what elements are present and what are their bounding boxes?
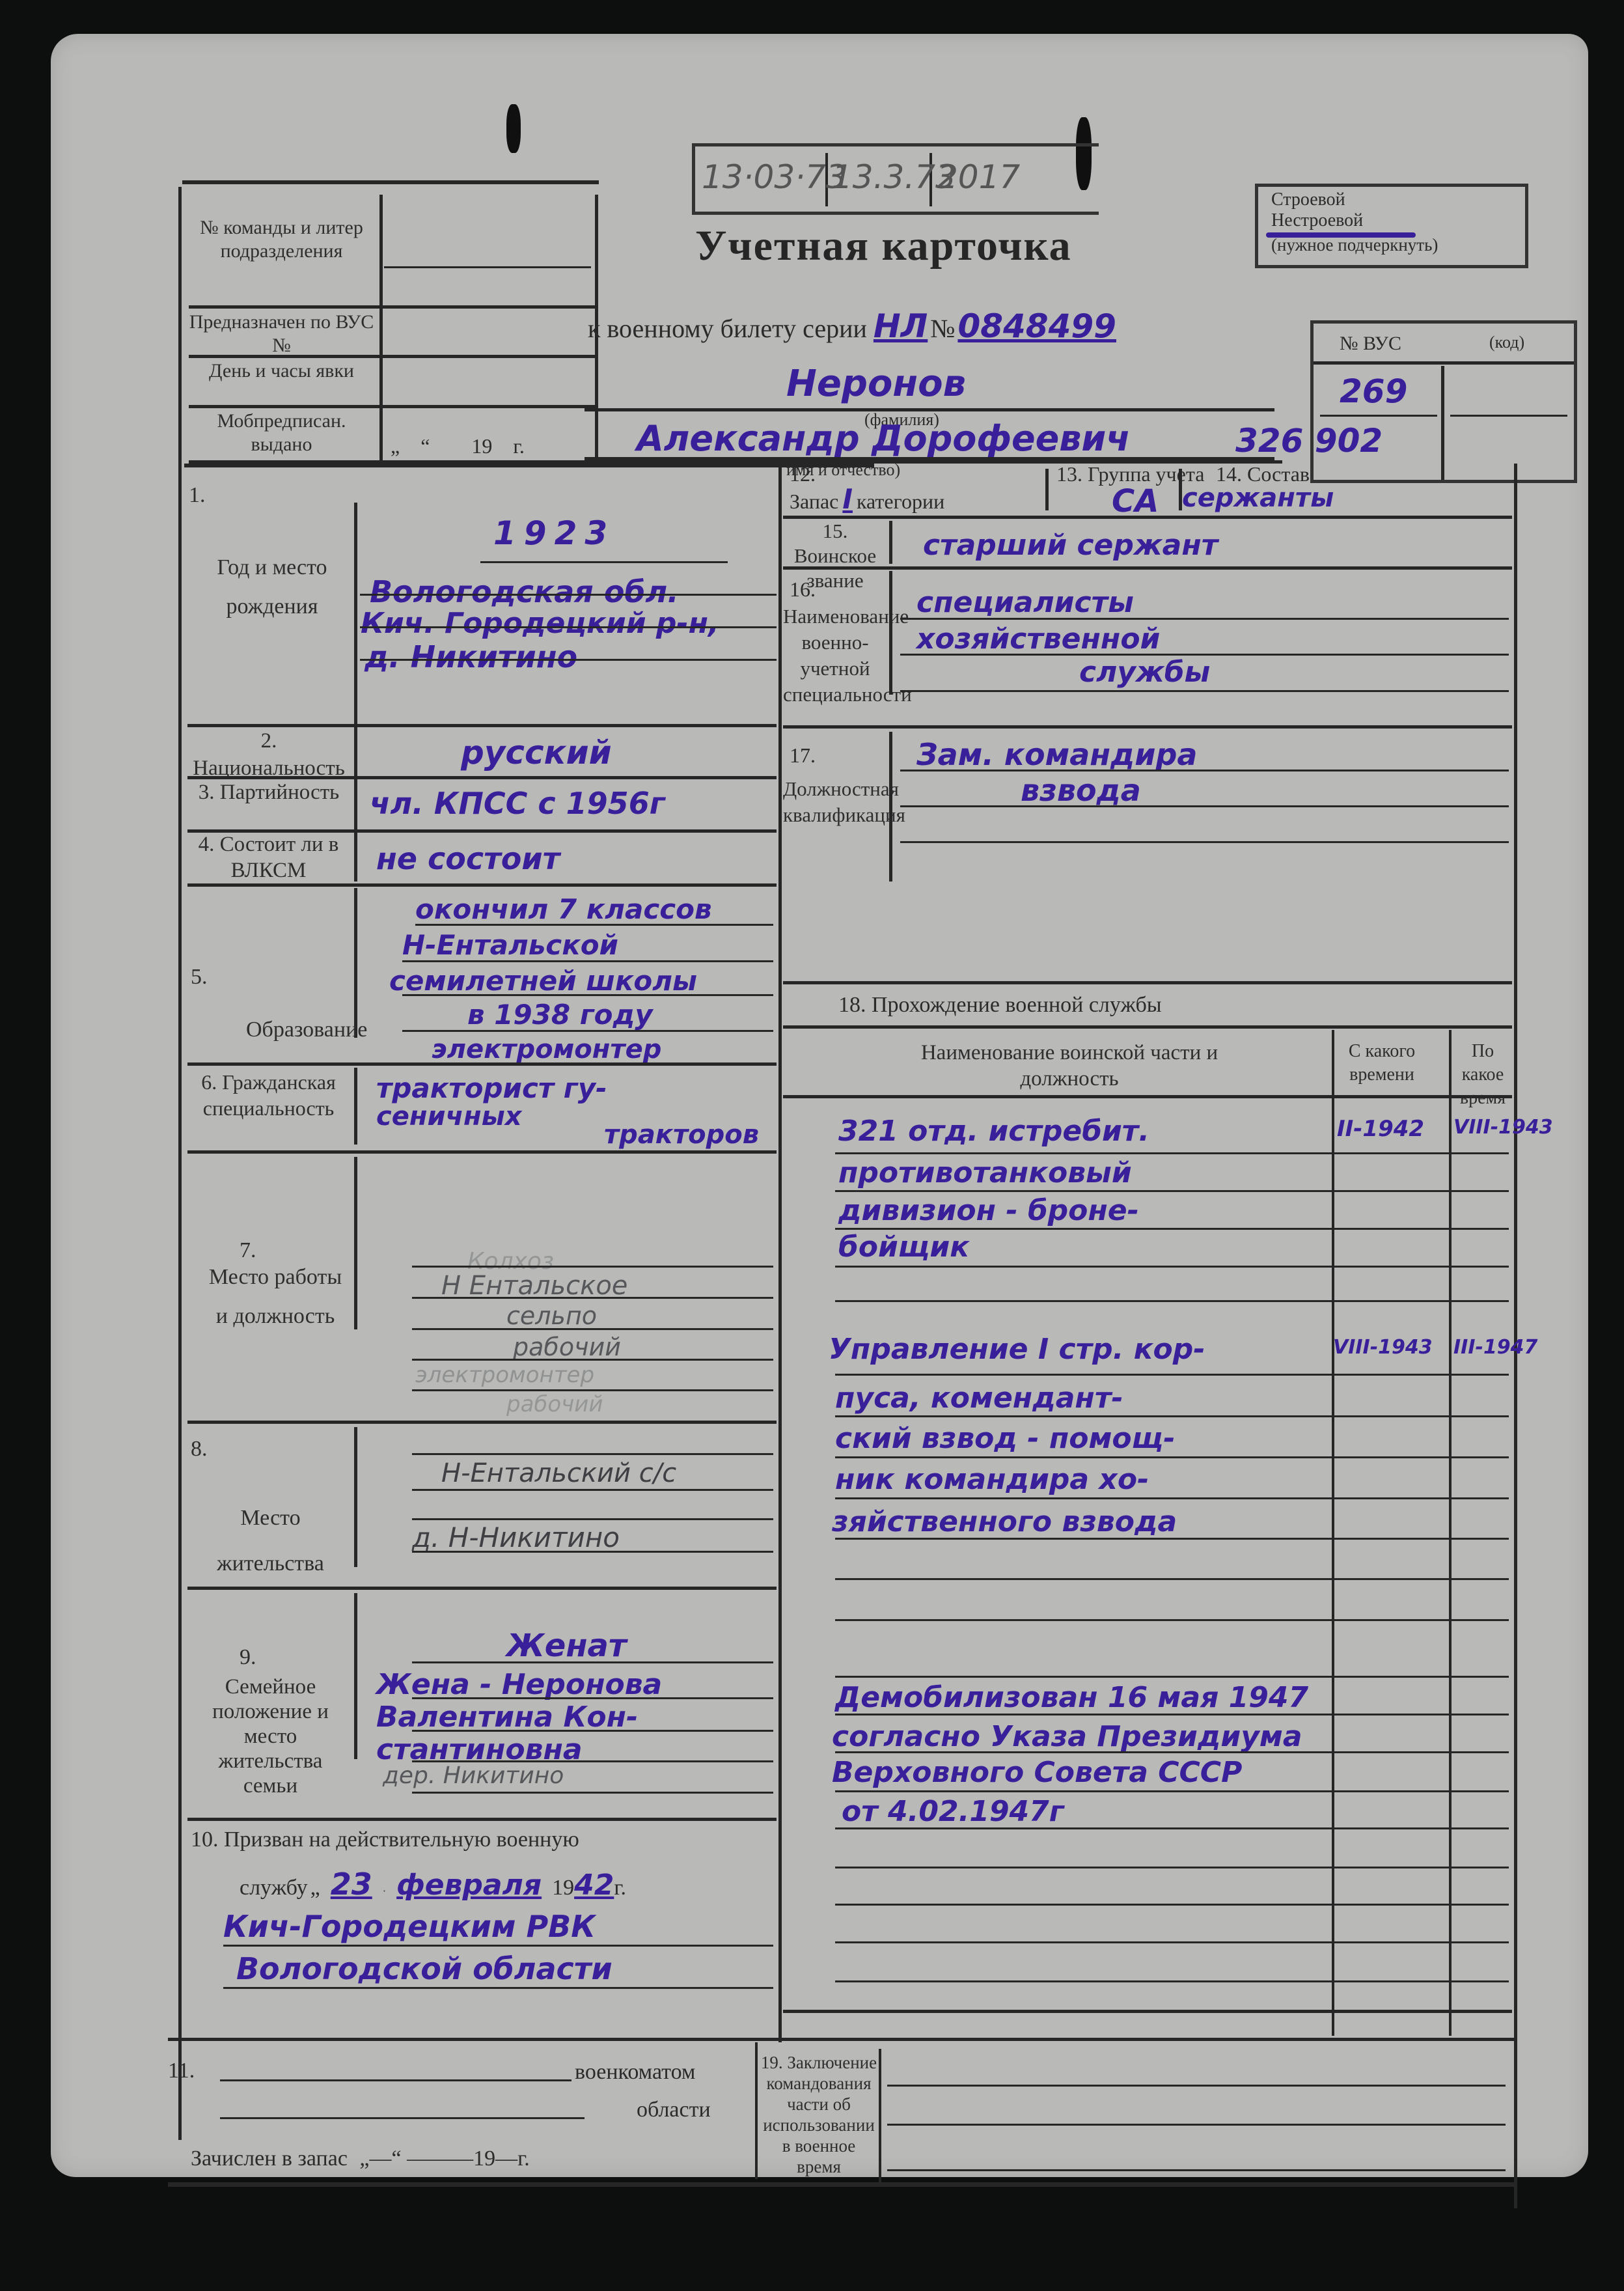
top-left-box: № команды и литер подразделения Предназн… (182, 180, 599, 470)
demobilization-line4: от 4.02.1947г (842, 1795, 1064, 1828)
civil-specialty-line4: тракторов (604, 1120, 759, 1150)
field-19-label: 19. Заключение командования части об исп… (760, 2052, 877, 2177)
field-5-number: 5. (191, 965, 208, 990)
birth-place-line3: д. Никитино (365, 639, 577, 674)
mob-order-label: Мобпредписан. выдано (189, 410, 374, 456)
field-8-number: 8. (191, 1437, 208, 1462)
workplace-line2: сельпо (506, 1301, 597, 1330)
specialty-line2: хозяйственной (916, 622, 1160, 656)
service-entry-2-to: III-1947 (1453, 1336, 1537, 1359)
vus-code-label: (код) (1489, 333, 1524, 352)
vus-header-label: № ВУС (1340, 333, 1401, 355)
civil-specialty-line1: электромонтер (432, 1034, 661, 1064)
service-column-to: По какое время (1453, 1040, 1512, 1110)
military-id-number: 0848499 (957, 307, 1116, 345)
civil-specialty-line2: тракторист гу- (376, 1072, 607, 1104)
field-18-title: 18. Прохождение военной службы (838, 993, 1162, 1018)
civil-specialty-line3: сеничных (376, 1102, 522, 1132)
service-type-note: (нужное подчеркнуть) (1271, 235, 1438, 255)
education-line4: в 1938 году (467, 999, 653, 1031)
field-11-number: 11. (168, 2059, 195, 2083)
conscription-date-line: службу „ 23 · февраля 1942г. (240, 1867, 773, 1902)
field-17-number: 17. (790, 743, 816, 768)
conscription-day: 23 (331, 1867, 372, 1902)
field-2-label: 2. Национальность (191, 727, 347, 782)
field-9-label: Семейное положение и место жительства се… (191, 1674, 350, 1798)
marital-status: Женат (506, 1628, 627, 1664)
service-entry-2-line5: зяйственного взвода (832, 1505, 1177, 1538)
service-entry-2-line3: ский взвод - помощ- (835, 1422, 1176, 1455)
workplace-line3: рабочий (513, 1333, 621, 1361)
education-line3: семилетней школы (389, 965, 697, 997)
party-value: чл. КПСС с 1956г (370, 786, 665, 821)
workplace-line5: рабочий (506, 1391, 603, 1417)
field-16-label: Наименование военно-учетной специальност… (783, 604, 887, 708)
service-entry-1-line2: противотанковый (838, 1156, 1132, 1189)
service-type-noncombatant: Нестроевой (1271, 210, 1363, 231)
service-entry-2-from: VIII-1943 (1333, 1336, 1433, 1359)
conscription-office-line2: Вологодской области (236, 1951, 612, 1986)
military-rank-value: старший сержант (923, 529, 1218, 562)
workplace-line4: электромонтер (415, 1362, 594, 1388)
reserve-label: Зачислен в запас „—“ ———19—г. (191, 2146, 530, 2171)
military-id-line: к военному билету серии НЛ № 0848499 (588, 307, 1304, 353)
qualification-line1: Зам. командира (916, 737, 1197, 772)
qualification-line2: взвода (1021, 773, 1141, 808)
field-5-label: Образование (246, 1010, 344, 1049)
service-entry-1-to: VIII-1943 (1453, 1116, 1553, 1139)
field-3-label: 3. Партийность (191, 779, 347, 805)
stamp-date-1: 13·03·73 (702, 158, 847, 196)
service-entry-2-line4: ник командира хо- (835, 1463, 1149, 1496)
nationality-value: русский (461, 734, 612, 771)
demobilization-line3: Верховного Совета СССР (832, 1756, 1242, 1789)
military-id-prefix: к военному билету серии (588, 314, 867, 343)
service-entry-2-line2: пуса, комендант- (835, 1382, 1123, 1415)
field-1-number: 1. (189, 483, 206, 508)
reserve-category: ЗапасIкатегории (790, 483, 944, 515)
mob-order-date: „ “ 19 г. (391, 434, 525, 458)
field-6-label: 6. Гражданская специальность (189, 1069, 348, 1121)
service-type-combatant: Строевой (1271, 189, 1345, 210)
field-17-label: Должностная квалификация (783, 776, 887, 828)
stamp-date-3: 2017 (937, 158, 1020, 196)
archive-stamp-box: 13·03·73 13.3.73 2017 (692, 143, 1099, 215)
service-entry-2-line1: Управление I стр. кор- (829, 1333, 1205, 1366)
conscription-year: 42 (574, 1868, 614, 1902)
vus-assignment-label: Предназначен по ВУС № (189, 311, 374, 357)
education-line2: Н-Ентальской (402, 929, 618, 961)
military-id-series: НЛ (874, 307, 928, 345)
field-9-number: 9. (240, 1645, 256, 1670)
service-entry-1-line3: дивизион - броне- (838, 1194, 1139, 1227)
field-8-label: Место жительства (191, 1495, 350, 1587)
spouse-line2: Валентина Кон- (376, 1701, 638, 1734)
field-16-number: 16. (790, 577, 816, 602)
residence-line2: д. Н-Никитино (412, 1521, 620, 1553)
accounting-card-page: 13·03·73 13.3.73 2017 № команды и литер … (51, 34, 1588, 2177)
field-4-label: 4. Состоит ли в ВЛКСМ (189, 831, 348, 883)
specialty-line3: службы (1079, 656, 1210, 689)
birth-place-line1: Вологодская обл. (370, 574, 679, 609)
demobilization-line2: согласно Указа Президиума (832, 1720, 1302, 1753)
service-column-unit: Наименование воинской части и должность (874, 1040, 1265, 1092)
staff-composition-value: сержанты (1182, 483, 1334, 513)
komsomol-value: не состоит (376, 841, 560, 876)
family-residence: дер. Никитино (383, 1762, 564, 1789)
service-entry-1-line1: 321 отд. истребит. (838, 1115, 1149, 1148)
vus-number: 269 (1340, 372, 1407, 410)
accounting-group-value: СА (1112, 483, 1159, 520)
field-7-label: Место работы и должность (200, 1258, 350, 1336)
birth-place-line2: Кич. Городецкий р-н, (361, 607, 719, 640)
residence-line1: Н-Ентальский с/с (441, 1458, 676, 1488)
spouse-line1: Жена - Неронова (376, 1668, 662, 1701)
surname: Неронов (786, 363, 966, 405)
command-number-label: № команды и литер подразделения (189, 216, 374, 263)
education-line1: окончил 7 классов (415, 893, 712, 925)
commissariat-label: военкоматом (575, 2060, 695, 2085)
service-column-from: С какого времени (1336, 1040, 1427, 1087)
conscription-office-line1: Кич-Городецким РВК (223, 1909, 596, 1944)
service-type-box: Строевой Нестроевой (нужное подчеркнуть) (1255, 184, 1528, 268)
field-1-label: Год и место рождения (194, 548, 350, 626)
demobilization-line1: Демобилизован 16 мая 1947 (835, 1681, 1308, 1714)
name-patronymic: Александр Дорофеевич (637, 418, 1130, 459)
field-10-label: 10. Призван на действительную военную (191, 1827, 579, 1852)
report-time-label: День и часы явки (189, 359, 374, 383)
birth-year: 1923 (493, 514, 615, 552)
page-title: Учетная карточка (695, 221, 1072, 271)
vus-box: № ВУС (код) 269 (1310, 320, 1577, 483)
service-entry-1-line4: бойщик (838, 1230, 969, 1264)
service-entry-1-from: II-1942 (1337, 1116, 1424, 1142)
punch-mark-left (506, 104, 521, 153)
reserve-date: „—“ ———19—г. (359, 2146, 529, 2171)
specialty-line1: специалисты (916, 586, 1134, 619)
region-label: области (637, 2098, 711, 2122)
reserve-category-value: I (838, 483, 857, 515)
conscription-month: февраля (396, 1868, 542, 1902)
